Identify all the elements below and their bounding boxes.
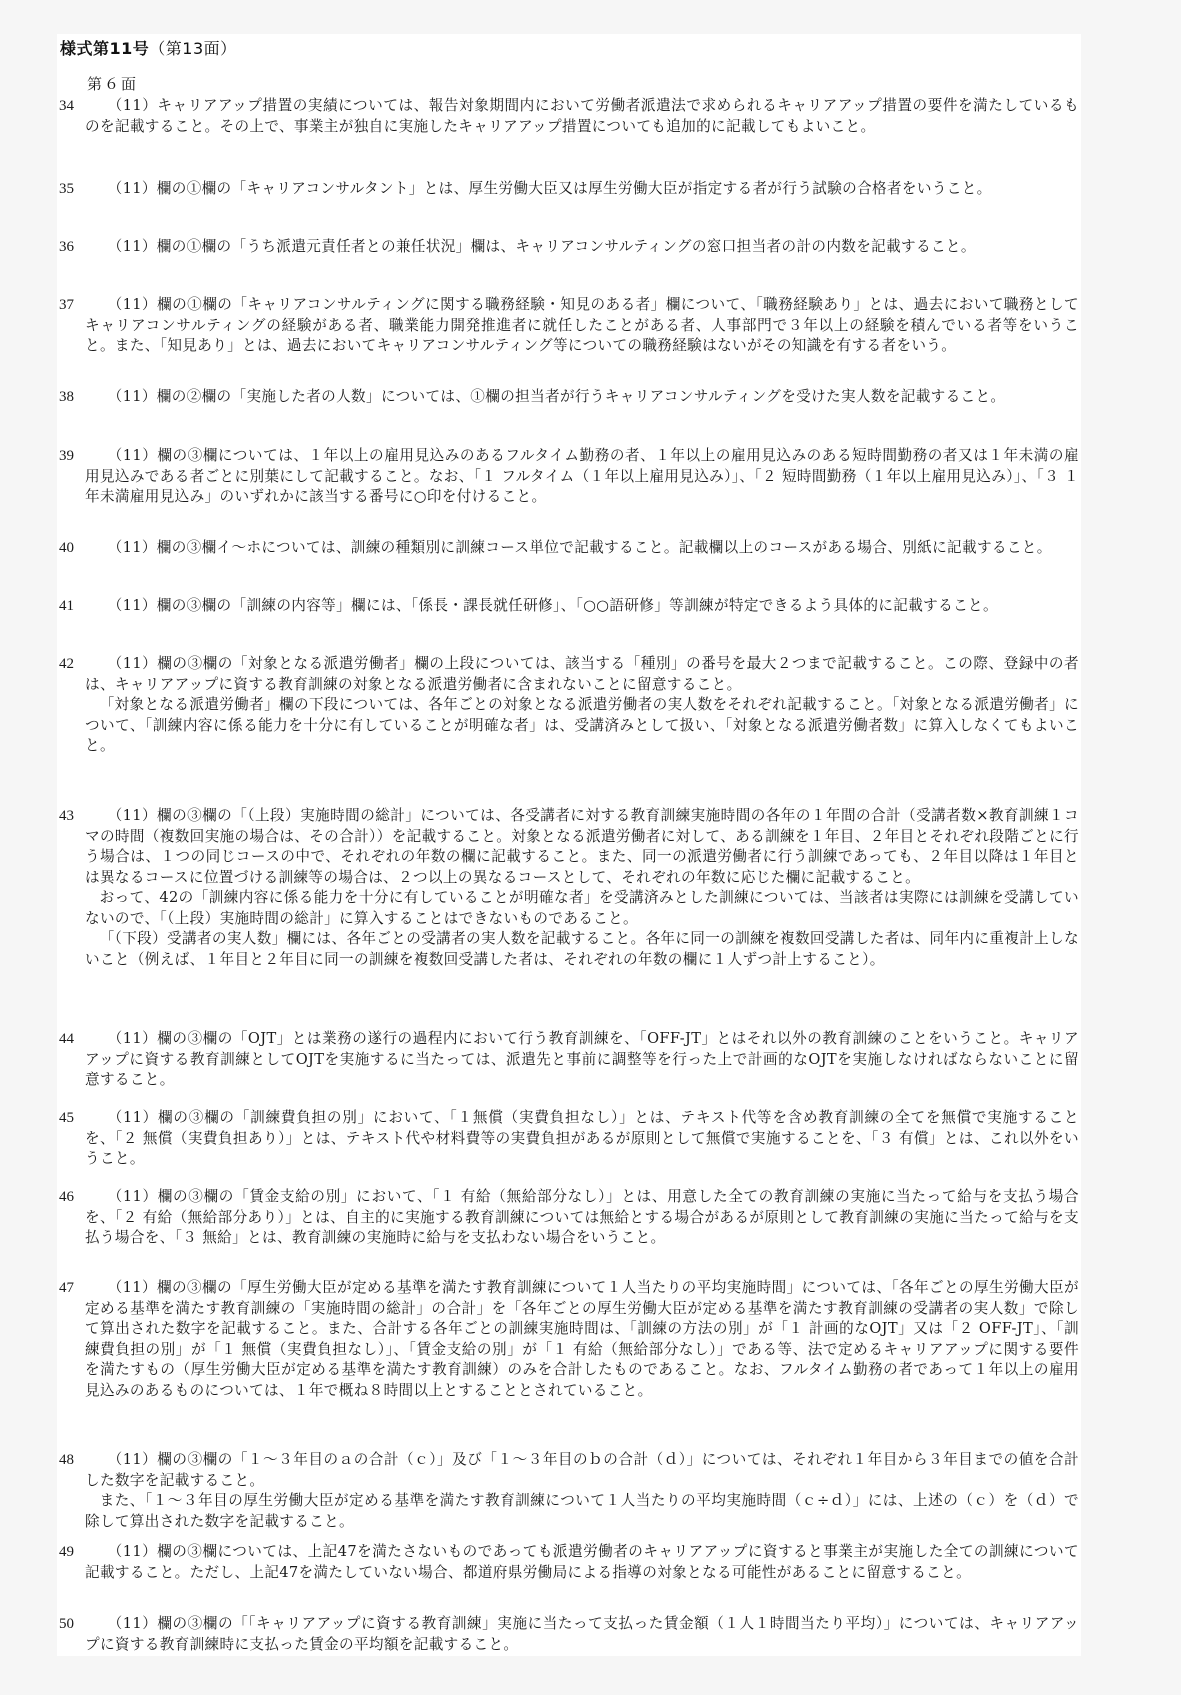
note-text: （11）欄の②欄の「実施した者の人数」については、①欄の担当者が行うキャリアコン…: [85, 387, 1079, 408]
note-item: 43 （11）欄の③欄の「（上段）実施時間の総計」については、各受講者に対する教…: [59, 806, 1079, 970]
note-text: （11）欄の③欄の「厚生労働大臣が定める基準を満たす教育訓練について１人当たりの…: [85, 1278, 1079, 1401]
note-text: （11）欄の③欄の「賃金支給の別」において、「１ 有給（無給部分なし）」とは、用…: [85, 1187, 1079, 1249]
note-text: おって、42の「訓練内容に係る能力を十分に有していることが明確な者」を受講済みと…: [85, 888, 1079, 929]
note-number: 38: [59, 387, 83, 408]
note-number: 35: [59, 179, 83, 200]
note-text: （11）欄の③欄の「訓練費負担の別」において、「１無償（実費負担なし）」とは、テ…: [85, 1108, 1079, 1170]
note-text: 「対象となる派遣労働者」欄の下段については、各年ごとの対象となる派遣労働者の実人…: [85, 695, 1079, 757]
note-text: 「（下段）受講者の実人数」欄には、各年ごとの受講者の実人数を記載すること。各年に…: [85, 929, 1079, 970]
note-number: 36: [59, 237, 83, 258]
note-number: 39: [59, 446, 83, 467]
note-item: 47 （11）欄の③欄の「厚生労働大臣が定める基準を満たす教育訓練について１人当…: [59, 1278, 1079, 1401]
note-text: （11）欄の③欄の「「キャリアアップに資する教育訓練」実施に当たって支払った賃金…: [85, 1614, 1079, 1655]
note-item: 49 （11）欄の③欄については、上記47を満たさないものであっても派遣労働者の…: [59, 1542, 1079, 1583]
note-item: 34 （11）キャリアアップ措置の実績については、報告対象期間内において労働者派…: [59, 96, 1079, 137]
note-text: （11）欄の③欄の「対象となる派遣労働者」欄の上段については、該当する「種別」の…: [85, 654, 1079, 695]
note-number: 48: [59, 1450, 83, 1471]
note-text: （11）欄の③欄の「訓練の内容等」欄には、「係長・課長就任研修」、「○○語研修」…: [85, 596, 1079, 617]
note-text: （11）欄の③欄の「（上段）実施時間の総計」については、各受講者に対する教育訓練…: [85, 806, 1079, 888]
note-item: 41 （11）欄の③欄の「訓練の内容等」欄には、「係長・課長就任研修」、「○○語…: [59, 596, 1079, 617]
note-text: （11）欄の③欄イ～ホについては、訓練の種類別に訓練コース単位で記載すること。記…: [85, 538, 1079, 559]
note-number: 42: [59, 654, 83, 675]
form-number: 様式第11号: [60, 39, 149, 58]
note-item: 45 （11）欄の③欄の「訓練費負担の別」において、「１無償（実費負担なし）」と…: [59, 1108, 1079, 1170]
note-text: （11）欄の③欄については、１年以上の雇用見込みのあるフルタイム勤務の者、１年以…: [85, 446, 1079, 508]
note-number: 50: [59, 1614, 83, 1635]
note-number: 44: [59, 1029, 83, 1050]
note-item: 38 （11）欄の②欄の「実施した者の人数」については、①欄の担当者が行うキャリ…: [59, 387, 1079, 408]
note-number: 41: [59, 596, 83, 617]
note-text: （11）欄の①欄の「キャリアコンサルティングに関する職務経験・知見のある者」欄に…: [85, 295, 1079, 357]
page-label: 第６面: [87, 73, 138, 94]
note-item: 44 （11）欄の③欄の「OJT」とは業務の遂行の過程内において行う教育訓練を、…: [59, 1029, 1079, 1091]
document-page: 様式第11号（第13面） 第６面 34 （11）キャリアアップ措置の実績について…: [57, 34, 1081, 1656]
note-number: 46: [59, 1187, 83, 1208]
note-item: 42 （11）欄の③欄の「対象となる派遣労働者」欄の上段については、該当する「種…: [59, 654, 1079, 757]
note-item: 50 （11）欄の③欄の「「キャリアアップに資する教育訓練」実施に当たって支払っ…: [59, 1614, 1079, 1655]
note-item: 48 （11）欄の③欄の「１～３年目のａの合計（ｃ）」及び「１～３年目のｂの合計…: [59, 1450, 1079, 1532]
note-number: 43: [59, 806, 83, 827]
note-text: （11）欄の①欄の「うち派遣元責任者との兼任状況」欄は、キャリアコンサルティング…: [85, 237, 1079, 258]
note-number: 45: [59, 1108, 83, 1129]
note-number: 37: [59, 295, 83, 316]
note-text: （11）キャリアアップ措置の実績については、報告対象期間内において労働者派遣法で…: [85, 96, 1079, 137]
note-item: 40 （11）欄の③欄イ～ホについては、訓練の種類別に訓練コース単位で記載するこ…: [59, 538, 1079, 559]
form-subtitle: （第13面）: [149, 39, 236, 58]
note-number: 49: [59, 1542, 83, 1563]
note-number: 47: [59, 1278, 83, 1299]
note-item: 35 （11）欄の①欄の「キャリアコンサルタント」とは、厚生労働大臣又は厚生労働…: [59, 179, 1079, 200]
note-number: 34: [59, 96, 83, 117]
note-text: （11）欄の③欄については、上記47を満たさないものであっても派遣労働者のキャリ…: [85, 1542, 1079, 1583]
note-text: また、「１～３年目の厚生労働大臣が定める基準を満たす教育訓練について１人当たりの…: [85, 1491, 1079, 1532]
note-item: 39 （11）欄の③欄については、１年以上の雇用見込みのあるフルタイム勤務の者、…: [59, 446, 1079, 508]
form-title: 様式第11号（第13面）: [60, 36, 237, 59]
note-text: （11）欄の③欄の「１～３年目のａの合計（ｃ）」及び「１～３年目のｂの合計（ｄ）…: [85, 1450, 1079, 1491]
note-item: 37 （11）欄の①欄の「キャリアコンサルティングに関する職務経験・知見のある者…: [59, 295, 1079, 357]
note-item: 36 （11）欄の①欄の「うち派遣元責任者との兼任状況」欄は、キャリアコンサルテ…: [59, 237, 1079, 258]
note-text: （11）欄の①欄の「キャリアコンサルタント」とは、厚生労働大臣又は厚生労働大臣が…: [85, 179, 1079, 200]
note-item: 46 （11）欄の③欄の「賃金支給の別」において、「１ 有給（無給部分なし）」と…: [59, 1187, 1079, 1249]
note-number: 40: [59, 538, 83, 559]
note-text: （11）欄の③欄の「OJT」とは業務の遂行の過程内において行う教育訓練を、「OF…: [85, 1029, 1079, 1091]
